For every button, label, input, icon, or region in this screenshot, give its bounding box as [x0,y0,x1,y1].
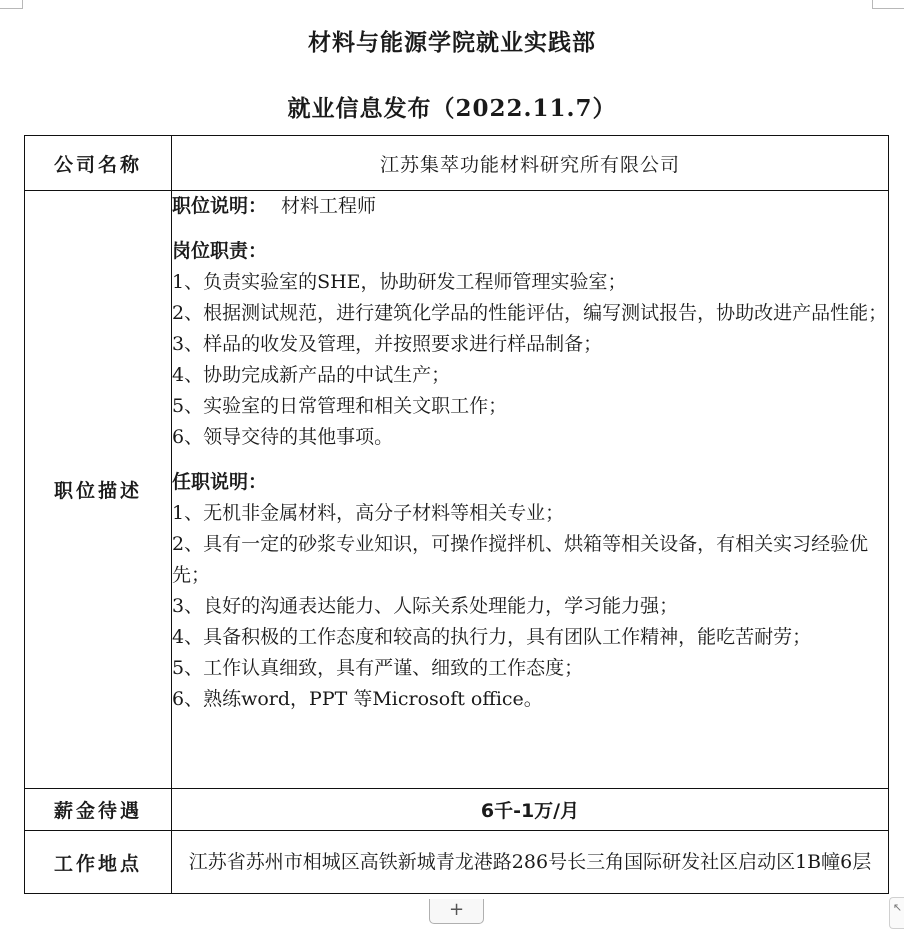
table-resize-handle[interactable]: ↖ [889,897,904,929]
company-label: 公司名称 [25,136,172,191]
position-value: 材料工程师 [281,195,376,217]
duty-item: 1、负责实验室的SHE，协助研发工程师管理实验室； [172,267,888,298]
description-label: 职位描述 [25,191,172,789]
plus-icon: + [449,899,464,920]
salary-value[interactable]: 6千-1万/月 [172,789,889,831]
job-info-table: 公司名称 江苏集萃功能材料研究所有限公司 职位描述 职位说明：材料工程师 岗位职… [24,135,889,894]
requirement-item: 4、具备积极的工作态度和较高的执行力，具有团队工作精神，能吃苦耐劳； [172,622,888,653]
duty-item: 3、样品的收发及管理，并按照要求进行样品制备； [172,329,888,360]
requirement-item: 5、工作认真细致，具有严谨、细致的工作态度； [172,653,888,684]
duty-item: 6、领导交待的其他事项。 [172,422,888,453]
page-corner-mark-right [872,0,904,9]
document-title: 材料与能源学院就业实践部 [0,24,904,57]
table-row-salary: 薪金待遇 6千-1万/月 [25,789,889,831]
description-cell[interactable]: 职位说明：材料工程师 岗位职责： 1、负责实验室的SHE，协助研发工程师管理实验… [172,191,889,789]
salary-label: 薪金待遇 [25,789,172,831]
resize-arrow-icon: ↖ [893,901,902,914]
location-label: 工作地点 [25,831,172,894]
requirement-item: 2、具有一定的砂浆专业知识，可操作搅拌机、烘箱等相关设备，有相关实习经验优先； [172,529,888,591]
table-row-location: 工作地点 江苏省苏州市相城区高铁新城青龙港路286号长三角国际研发社区启动区1B… [25,831,889,894]
table-row-description: 职位描述 职位说明：材料工程师 岗位职责： 1、负责实验室的SHE，协助研发工程… [25,191,889,789]
requirement-item: 1、无机非金属材料，高分子材料等相关专业； [172,498,888,529]
table-row-company: 公司名称 江苏集萃功能材料研究所有限公司 [25,136,889,191]
requirement-item: 3、良好的沟通表达能力、人际关系处理能力，学习能力强； [172,591,888,622]
requirements-heading: 任职说明： [172,467,888,498]
position-label: 职位说明： [172,195,267,217]
location-value[interactable]: 江苏省苏州市相城区高铁新城青龙港路286号长三角国际研发社区启动区1B幢6层 [172,831,889,894]
requirement-item: 6、熟练word，PPT 等Microsoft office。 [172,684,888,715]
company-name[interactable]: 江苏集萃功能材料研究所有限公司 [172,136,889,191]
position-line: 职位说明：材料工程师 [172,191,888,222]
duties-heading: 岗位职责： [172,236,888,267]
duty-item: 2、根据测试规范，进行建筑化学品的性能评估，编写测试报告，协助改进产品性能； [172,298,888,329]
document-subtitle: 就业信息发布（2022.11.7） [0,90,904,123]
add-row-button[interactable]: + [429,899,484,924]
page-corner-mark-left [0,0,23,9]
duty-item: 4、协助完成新产品的中试生产； [172,360,888,391]
duty-item: 5、实验室的日常管理和相关文职工作； [172,391,888,422]
